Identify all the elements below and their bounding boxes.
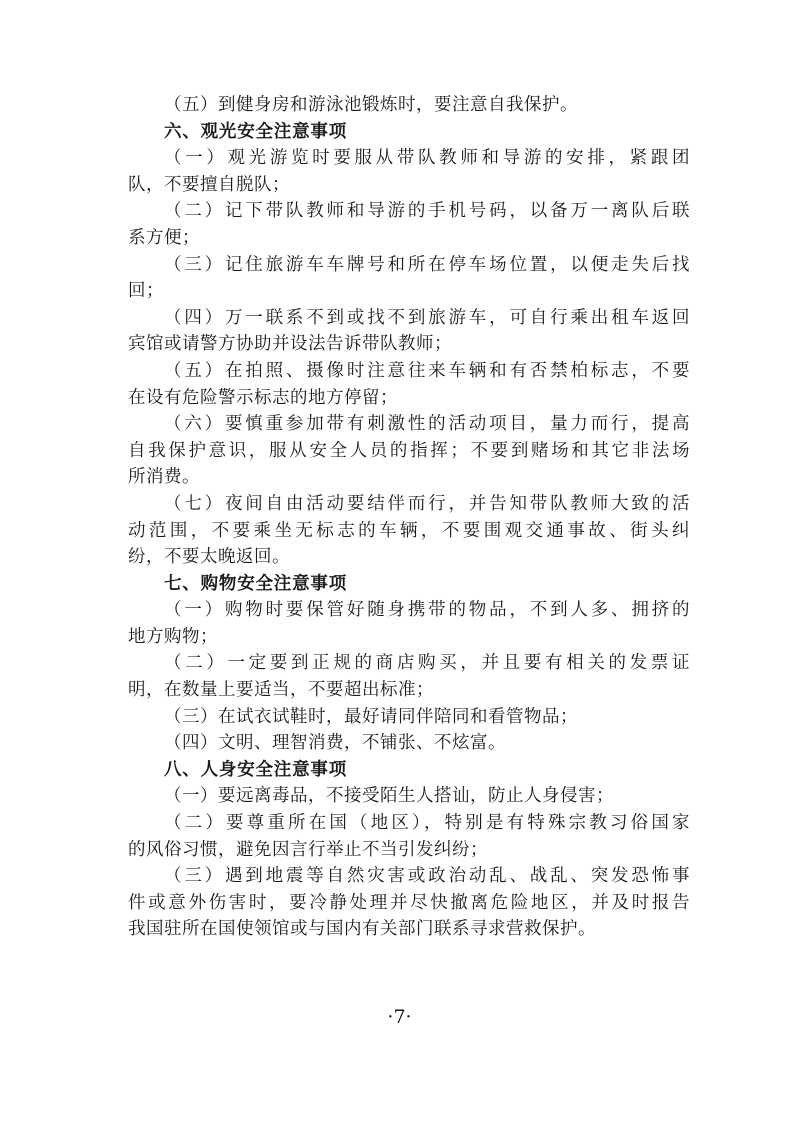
text-line: 队，不要擅自脱队； [128, 172, 690, 199]
text-line: （四）万一联系不到或找不到旅游车，可自行乘出租车返回 [128, 305, 690, 332]
text-line: 回； [128, 278, 690, 305]
text-line: 我国驻所在国使领馆或与国内有关部门联系寻求营救保护。 [128, 916, 690, 943]
text-line: 的风俗习惯，避免因言行举止不当引发纠纷； [128, 837, 690, 864]
section-heading: 七、购物安全注意事项 [128, 571, 690, 598]
text-line: （三）在试衣试鞋时，最好请同伴陪同和看管物品； [128, 704, 690, 731]
text-line: （二）记下带队教师和导游的手机号码，以备万一离队后联 [128, 198, 690, 225]
text-line: 纷，不要太晚返回。 [128, 544, 690, 571]
text-line: （七）夜间自由活动要结伴而行，并告知带队教师大致的活 [128, 491, 690, 518]
text-line: （三）记住旅游车车牌号和所在停车场位置，以便走失后找 [128, 252, 690, 279]
text-line: （五）在拍照、摄像时注意往来车辆和有否禁柏标志，不要 [128, 358, 690, 385]
text-line: （一）购物时要保管好随身携带的物品，不到人多、拥挤的 [128, 597, 690, 624]
text-line: （二）一定要到正规的商店购买，并且要有相关的发票证 [128, 650, 690, 677]
text-line: 宾馆或请警方协助并设法告诉带队教师； [128, 331, 690, 358]
text-line: 件或意外伤害时，要冷静处理并尽快撤离危险地区，并及时报告 [128, 890, 690, 917]
text-line: （四）文明、理智消费，不铺张、不炫富。 [128, 730, 690, 757]
text-line: 自我保护意识，服从安全人员的指挥；不要到赌场和其它非法场 [128, 438, 690, 465]
text-line: 在设有危险警示标志的地方停留； [128, 385, 690, 412]
text-line: （一）观光游览时要服从带队教师和导游的安排，紧跟团 [128, 145, 690, 172]
text-line: （五）到健身房和游泳池锻炼时，要注意自我保护。 [128, 92, 690, 119]
text-line: 地方购物； [128, 624, 690, 651]
section-heading: 六、观光安全注意事项 [128, 119, 690, 146]
section-heading: 八、人身安全注意事项 [128, 757, 690, 784]
text-line: （六）要慎重参加带有刺激性的活动项目，量力而行，提高 [128, 411, 690, 438]
document-body: （五）到健身房和游泳池锻炼时，要注意自我保护。六、观光安全注意事项（一）观光游览… [128, 92, 690, 943]
text-line: 系方便； [128, 225, 690, 252]
text-line: 动范围，不要乘坐无标志的车辆，不要围观交通事故、街头纠 [128, 518, 690, 545]
text-line: （一）要远离毒品，不接受陌生人搭讪，防止人身侵害； [128, 783, 690, 810]
text-line: （三）遇到地震等自然灾害或政治动乱、战乱、突发恐怖事 [128, 863, 690, 890]
page-number: ·7· [0, 1006, 799, 1028]
text-line: 所消费。 [128, 464, 690, 491]
text-line: （二）要尊重所在国（地区），特别是有特殊宗教习俗国家 [128, 810, 690, 837]
text-line: 明，在数量上要适当，不要超出标准； [128, 677, 690, 704]
